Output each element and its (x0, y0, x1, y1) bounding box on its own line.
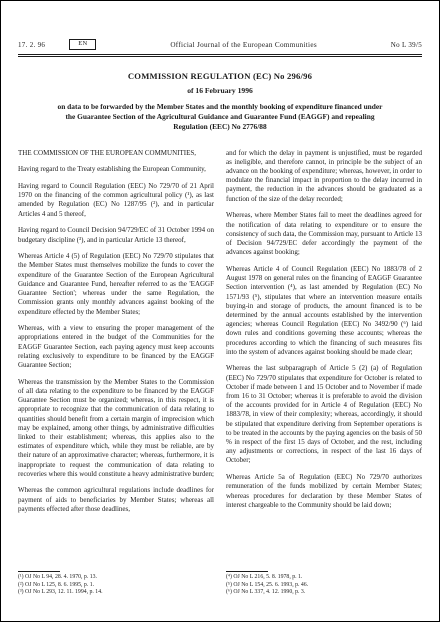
paragraph: THE COMMISSION OF THE EUROPEAN COMMUNITI… (18, 149, 214, 158)
journal-title: Official Journal of the European Communi… (96, 41, 390, 49)
footnote: (³) OJ No L 293, 12. 11. 1994, p. 14. (18, 589, 214, 596)
paragraph: Whereas the last subparagraph of Article… (226, 364, 422, 465)
footnote: (¹) OJ No L 94, 28. 4. 1970, p. 13. (18, 574, 214, 581)
paragraph: Whereas the common agricultural regulati… (18, 486, 214, 514)
journal-header: 17. 2. 96 EN Official Journal of the Eur… (18, 39, 422, 50)
title-block: COMMISSION REGULATION (EC) No 296/96 of … (18, 71, 422, 133)
paragraph: Whereas Article 4 (5) of Regulation (EEC… (18, 252, 214, 316)
left-column: THE COMMISSION OF THE EUROPEAN COMMUNITI… (18, 149, 214, 597)
footnote-rule (18, 571, 60, 572)
paragraph: and for which the delay in payment is un… (226, 149, 422, 204)
page-number: No L 39/5 (391, 41, 422, 49)
paragraph: Whereas Article 4 of Council Regulation … (226, 265, 422, 357)
paragraph: Having regard to Council Regulation (EEC… (18, 182, 214, 219)
footnote-rule (226, 571, 268, 572)
document-page: 17. 2. 96 EN Official Journal of the Eur… (0, 0, 440, 622)
footnotes-right: (⁴) OJ No L 216, 5. 8. 1978, p. 1. (⁵) O… (226, 571, 422, 596)
paragraph: Having regard to the Treaty establishing… (18, 165, 214, 174)
paragraph: Whereas the transmission by the Member S… (18, 378, 214, 479)
regulation-date: of 16 February 1996 (18, 86, 422, 95)
right-column: and for which the delay in payment is un… (226, 149, 422, 597)
paragraph: Whereas, where Member States fail to mee… (226, 211, 422, 257)
paragraph: Whereas, with a view to ensuring the pro… (18, 324, 214, 370)
regulation-subtitle: on data to be forwarded by the Member St… (52, 102, 388, 133)
regulation-title: COMMISSION REGULATION (EC) No 296/96 (18, 71, 422, 81)
footnote: (⁶) OJ No L 337, 4. 12. 1990, p. 3. (226, 589, 422, 596)
header-date: 17. 2. 96 (18, 41, 45, 49)
paragraph: Having regard to Council Decision 94/729… (18, 226, 214, 244)
footnotes-left: (¹) OJ No L 94, 28. 4. 1970, p. 13. (²) … (18, 571, 214, 596)
language-badge: EN (69, 39, 96, 50)
header-rule (18, 54, 422, 57)
paragraph: Whereas Article 5a of Regulation (EEC) N… (226, 473, 422, 510)
footnote: (⁴) OJ No L 216, 5. 8. 1978, p. 1. (226, 574, 422, 581)
body-columns: THE COMMISSION OF THE EUROPEAN COMMUNITI… (18, 149, 422, 597)
